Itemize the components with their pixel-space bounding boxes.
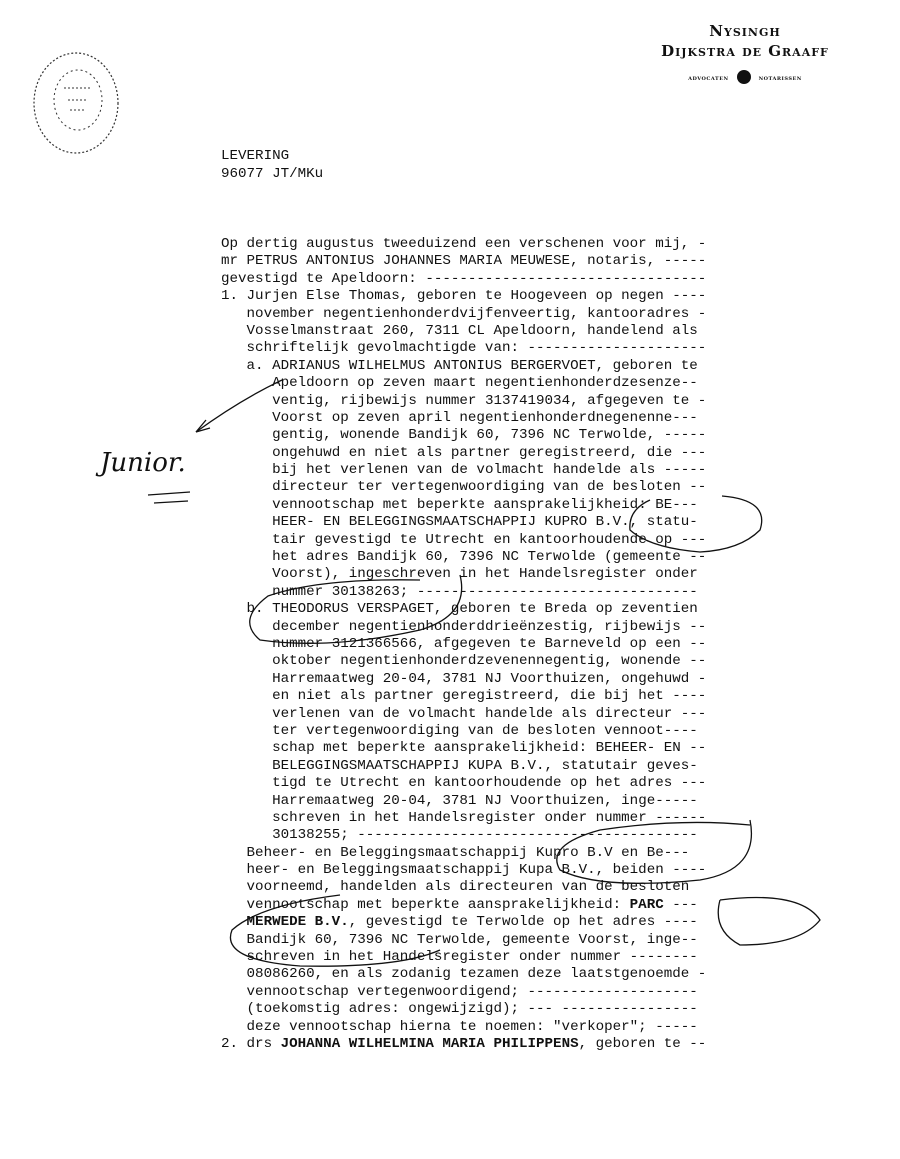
deed-text: b. THEODORUS VERSPAGET, geboren te Breda…: [247, 601, 698, 617]
deed-text: BELEGGINGSMAATSCHAPPIJ KUPA B.V., statut…: [272, 758, 698, 774]
notary-seal-icon: [30, 48, 122, 158]
deed-line: 2. drs JOHANNA WILHELMINA MARIA PHILIPPE…: [221, 1036, 841, 1053]
letterhead: Nysingh Dijkstra de Graaff advocaten not…: [620, 22, 870, 84]
deed-text: ---: [664, 897, 698, 913]
deed-text: 2. drs: [221, 1036, 281, 1052]
bold-party-name: MERWEDE B.V.: [247, 914, 349, 930]
deed-text: schreven in het Handelsregister onder nu…: [247, 949, 698, 965]
deed-text: gentig, wonende Bandijk 60, 7396 NC Terw…: [272, 427, 706, 443]
deed-text: bij het verlenen van de volmacht handeld…: [272, 462, 706, 478]
deed-text: gevestigd te Apeldoorn: ----------------…: [221, 271, 706, 287]
deed-line: mr PETRUS ANTONIUS JOHANNES MARIA MEUWES…: [221, 253, 841, 270]
deed-line: Op dertig augustus tweeduizend een versc…: [221, 236, 841, 253]
deed-line: 30138255; ------------------------------…: [221, 827, 841, 844]
deed-line: schreven in het Handelsregister onder nu…: [221, 810, 841, 827]
deed-text: Bandijk 60, 7396 NC Terwolde, gemeente V…: [247, 932, 698, 948]
deed-line: Harremaatweg 20-04, 3781 NJ Voorthuizen,…: [221, 671, 841, 688]
deed-line: bij het verlenen van de volmacht handeld…: [221, 462, 841, 479]
deed-line: schriftelijk gevolmachtigde van: -------…: [221, 340, 841, 357]
deed-text: schreven in het Handelsregister onder nu…: [272, 810, 706, 826]
deed-line: gentig, wonende Bandijk 60, 7396 NC Terw…: [221, 427, 841, 444]
deed-line: b. THEODORUS VERSPAGET, geboren te Breda…: [221, 601, 841, 618]
firm-subtitle: advocaten notarissen: [620, 70, 870, 84]
deed-text: 1. Jurjen Else Thomas, geboren te Hoogev…: [221, 288, 706, 304]
deed-line: a. ADRIANUS WILHELMUS ANTONIUS BERGERVOE…: [221, 358, 841, 375]
deed-text: voorneemd, handelden als directeuren van…: [247, 879, 690, 895]
deed-line: en niet als partner geregistreerd, die b…: [221, 688, 841, 705]
deed-line: tigd te Utrecht en kantoorhoudende op he…: [221, 775, 841, 792]
deed-text: ter vertegenwoordiging van de besloten v…: [272, 723, 698, 739]
deed-text: Voorst op zeven april negentienhonderdne…: [272, 410, 698, 426]
deed-line: oktober negentienhonderdzevenennegentig,…: [221, 653, 841, 670]
deed-text: ongehuwd en niet als partner geregistree…: [272, 445, 706, 461]
deed-line: verlenen van de volmacht handelde als di…: [221, 706, 841, 723]
firm-name-line1: Nysingh: [620, 22, 870, 40]
deed-text: en niet als partner geregistreerd, die b…: [272, 688, 706, 704]
deed-line: ter vertegenwoordiging van de besloten v…: [221, 723, 841, 740]
deed-line: Beheer- en Beleggingsmaatschappij Kupro …: [221, 845, 841, 862]
deed-line: schreven in het Handelsregister onder nu…: [221, 949, 841, 966]
deed-text: , geboren te --: [579, 1036, 707, 1052]
deed-line: vennootschap met beperkte aansprakelijkh…: [221, 497, 841, 514]
deed-line: tair gevestigd te Utrecht en kantoorhoud…: [221, 532, 841, 549]
deed-line: Vosselmanstraat 260, 7311 CL Apeldoorn, …: [221, 323, 841, 340]
deed-line: ongehuwd en niet als partner geregistree…: [221, 445, 841, 462]
handwritten-note: Junior.: [100, 448, 186, 478]
deed-text: Voorst), ingeschreven in het Handelsregi…: [272, 566, 698, 582]
bold-party-name: JOHANNA WILHELMINA MARIA PHILIPPENS: [281, 1036, 579, 1052]
deed-line: HEER- EN BELEGGINGSMAATSCHAPPIJ KUPRO B.…: [221, 514, 841, 531]
notarissen-label: notarissen: [759, 73, 802, 82]
deed-line: vennootschap met beperkte aansprakelijkh…: [221, 897, 841, 914]
deed-text: schriftelijk gevolmachtigde van: -------…: [247, 340, 707, 356]
deed-line: Bandijk 60, 7396 NC Terwolde, gemeente V…: [221, 932, 841, 949]
deed-text: vennootschap vertegenwoordigend; -------…: [247, 984, 698, 1000]
deed-text: mr PETRUS ANTONIUS JOHANNES MARIA MEUWES…: [221, 253, 706, 269]
deed-line: Voorst), ingeschreven in het Handelsregi…: [221, 566, 841, 583]
deed-text: Harremaatweg 20-04, 3781 NJ Voorthuizen,…: [272, 671, 706, 687]
deed-line: voorneemd, handelden als directeuren van…: [221, 879, 841, 896]
deed-text: Harremaatweg 20-04, 3781 NJ Voorthuizen,…: [272, 793, 698, 809]
deed-text: (toekomstig adres: ongewijzigd); --- ---…: [247, 1001, 698, 1017]
deed-text: Apeldoorn op zeven maart negentienhonder…: [272, 375, 698, 391]
deed-line: heer- en Beleggingsmaatschappij Kupa B.V…: [221, 862, 841, 879]
deed-line: Harremaatweg 20-04, 3781 NJ Voorthuizen,…: [221, 793, 841, 810]
deed-text: 08086260, en als zodanig tezamen deze la…: [247, 966, 707, 982]
deed-line: het adres Bandijk 60, 7396 NC Terwolde (…: [221, 549, 841, 566]
deed-text: tigd te Utrecht en kantoorhoudende op he…: [272, 775, 706, 791]
deed-text: ventig, rijbewijs nummer 3137419034, afg…: [272, 393, 706, 409]
deed-line: (toekomstig adres: ongewijzigd); --- ---…: [221, 1001, 841, 1018]
deed-text: schap met beperkte aansprakelijkheid: BE…: [272, 740, 706, 756]
deed-text: heer- en Beleggingsmaatschappij Kupa B.V…: [247, 862, 707, 878]
deed-line: 08086260, en als zodanig tezamen deze la…: [221, 966, 841, 983]
deed-text: Op dertig augustus tweeduizend een versc…: [221, 236, 706, 252]
deed-line: nummer 3121366566, afgegeven te Barnevel…: [221, 636, 841, 653]
deed-line: nummer 30138263; -----------------------…: [221, 584, 841, 601]
deed-text: Beheer- en Beleggingsmaatschappij Kupro …: [247, 845, 690, 861]
deed-text: nummer 3121366566, afgegeven te Barnevel…: [272, 636, 706, 652]
reference-number: 96077 JT/MKu: [221, 166, 323, 184]
deed-text: deze vennootschap hierna te noemen: "ver…: [247, 1019, 698, 1035]
deed-text: HEER- EN BELEGGINGSMAATSCHAPPIJ KUPRO B.…: [272, 514, 698, 530]
deed-text: , gevestigd te Terwolde op het adres ---…: [349, 914, 698, 930]
deed-text: 30138255; ------------------------------…: [272, 827, 698, 843]
deed-line: directeur ter vertegenwoordiging van de …: [221, 479, 841, 496]
deed-text: tair gevestigd te Utrecht en kantoorhoud…: [272, 532, 706, 548]
deed-line: 1. Jurjen Else Thomas, geboren te Hoogev…: [221, 288, 841, 305]
deed-line: vennootschap vertegenwoordigend; -------…: [221, 984, 841, 1001]
logo-dot-icon: [737, 70, 751, 84]
deed-text: vennootschap met beperkte aansprakelijkh…: [247, 897, 630, 913]
deed-line: ventig, rijbewijs nummer 3137419034, afg…: [221, 393, 841, 410]
advocaten-label: advocaten: [688, 73, 728, 82]
deed-line: Apeldoorn op zeven maart negentienhonder…: [221, 375, 841, 392]
firm-name-line2: Dijkstra de Graaff: [620, 42, 870, 60]
deed-line: Voorst op zeven april negentienhonderdne…: [221, 410, 841, 427]
document-title: LEVERING: [221, 148, 323, 166]
document-reference: LEVERING 96077 JT/MKu: [221, 148, 323, 183]
deed-text: nummer 30138263; -----------------------…: [272, 584, 698, 600]
deed-text: Vosselmanstraat 260, 7311 CL Apeldoorn, …: [247, 323, 698, 339]
deed-line: MERWEDE B.V., gevestigd te Terwolde op h…: [221, 914, 841, 931]
deed-text: oktober negentienhonderdzevenennegentig,…: [272, 653, 706, 669]
deed-line: gevestigd te Apeldoorn: ----------------…: [221, 271, 841, 288]
deed-body: Op dertig augustus tweeduizend een versc…: [221, 236, 841, 1053]
deed-text: vennootschap met beperkte aansprakelijkh…: [272, 497, 698, 513]
deed-text: directeur ter vertegenwoordiging van de …: [272, 479, 706, 495]
deed-line: november negentienhonderdvijfenveertig, …: [221, 306, 841, 323]
bold-party-name: PARC: [630, 897, 664, 913]
deed-line: schap met beperkte aansprakelijkheid: BE…: [221, 740, 841, 757]
deed-text: verlenen van de volmacht handelde als di…: [272, 706, 706, 722]
deed-text: december negentienhonderddrieënzestig, r…: [272, 619, 706, 635]
deed-line: BELEGGINGSMAATSCHAPPIJ KUPA B.V., statut…: [221, 758, 841, 775]
deed-text: het adres Bandijk 60, 7396 NC Terwolde (…: [272, 549, 706, 565]
deed-text: a. ADRIANUS WILHELMUS ANTONIUS BERGERVOE…: [247, 358, 698, 374]
deed-text: november negentienhonderdvijfenveertig, …: [247, 306, 707, 322]
deed-line: december negentienhonderddrieënzestig, r…: [221, 619, 841, 636]
deed-line: deze vennootschap hierna te noemen: "ver…: [221, 1019, 841, 1036]
